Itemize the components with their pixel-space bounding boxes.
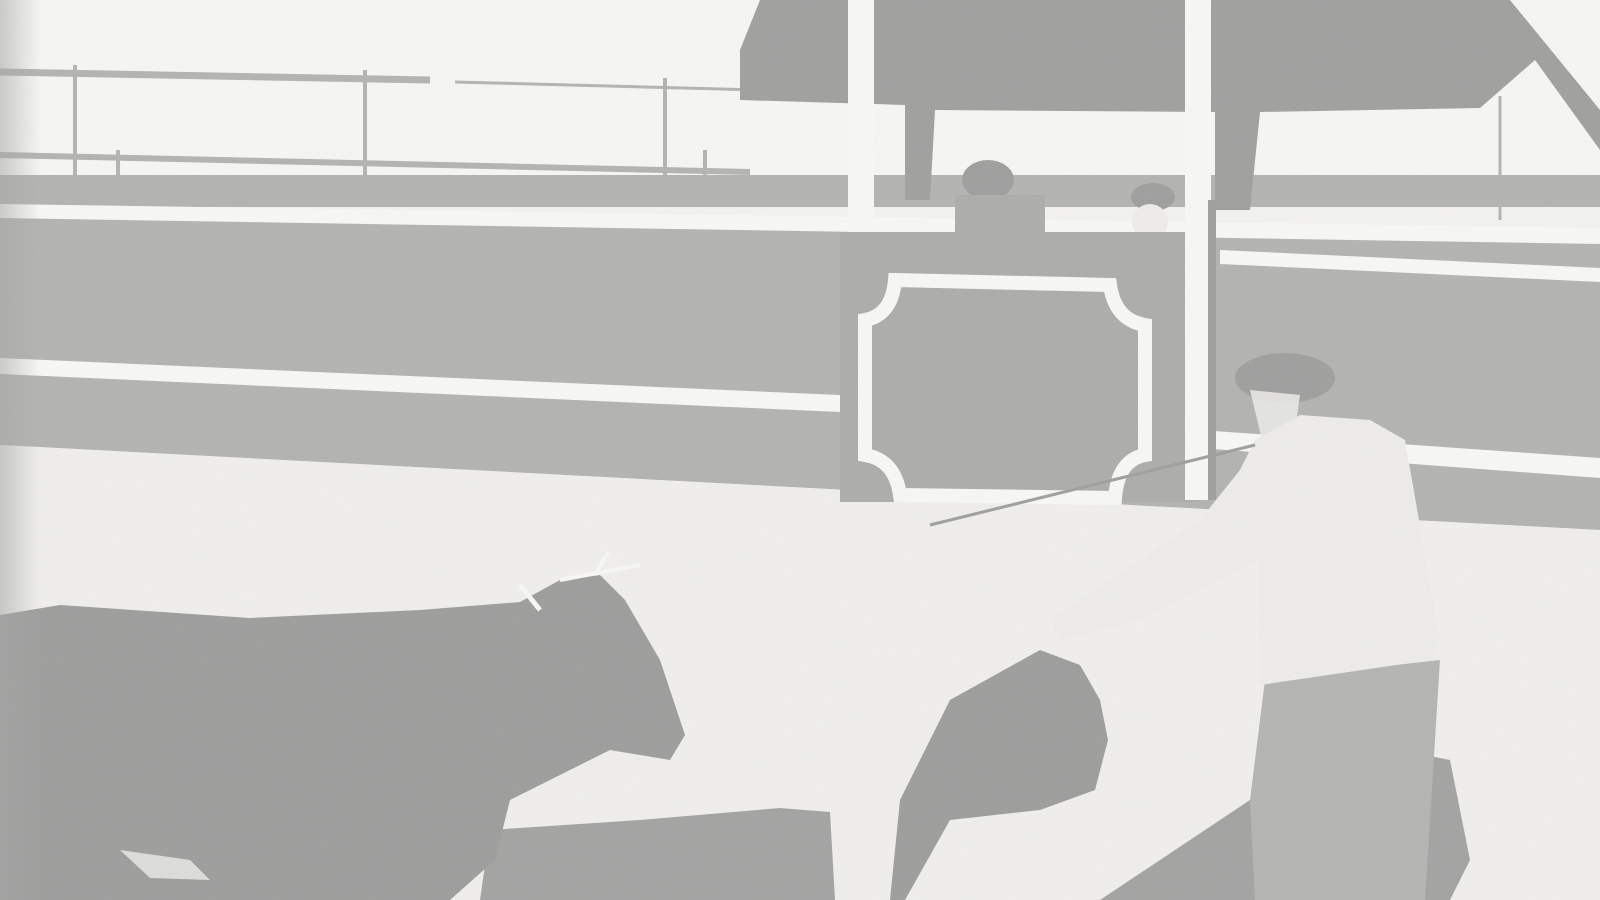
halftone-grain <box>0 0 1600 900</box>
bullring-photo <box>0 0 1600 900</box>
